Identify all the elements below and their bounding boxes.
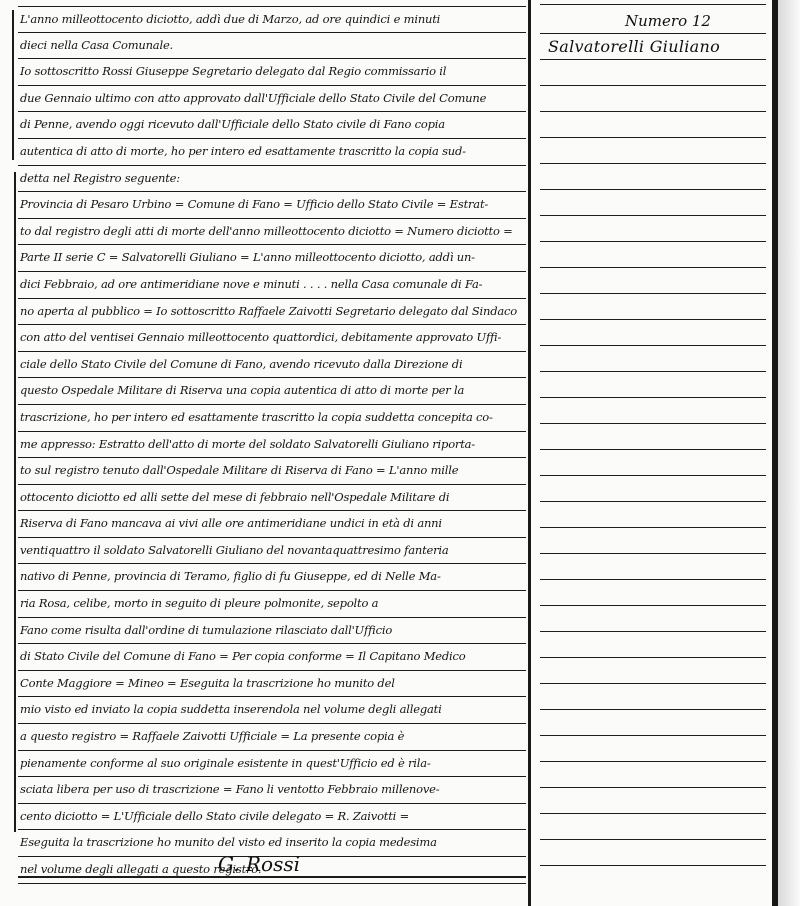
record-line: Parte II serie C = Salvatorelli Giuliano… <box>18 245 526 272</box>
record-line: trascrizione, ho per intero ed esattamen… <box>18 405 526 432</box>
margin-ruled-line <box>540 580 766 606</box>
record-line: di Stato Civile del Comune di Fano = Per… <box>18 644 526 671</box>
record-line: ria Rosa, celibe, morto in seguito di pl… <box>18 591 526 618</box>
margin-ruled-line <box>540 372 766 398</box>
record-line: ventiquattro il soldato Salvatorelli Giu… <box>18 538 526 565</box>
record-line: con atto del ventisei Gennaio milleottoc… <box>18 325 526 352</box>
record-line: to dal registro degli atti di morte dell… <box>18 219 526 246</box>
margin-ruled-line <box>540 788 766 814</box>
margin-ruled-line <box>540 60 766 86</box>
record-line: di Penne, avendo oggi ricevuto dall'Uffi… <box>18 112 526 139</box>
margin-ruled-line <box>540 112 766 138</box>
column-divider-rule <box>528 0 531 906</box>
margin-ruled-line <box>540 840 766 866</box>
record-number: Numero 12 <box>540 8 766 34</box>
margin-ruled-line <box>540 190 766 216</box>
record-body: L'anno milleottocento diciotto, addì due… <box>18 6 526 884</box>
margin-ruled-line <box>540 320 766 346</box>
record-line: dici Febbraio, ad ore antimeridiane nove… <box>18 272 526 299</box>
record-line: mio visto ed inviato la copia suddetta i… <box>18 697 526 724</box>
margin-ruled-line <box>540 528 766 554</box>
margin-ruled-line <box>540 346 766 372</box>
margin-ruled-line <box>540 476 766 502</box>
margin-ruled-line <box>540 736 766 762</box>
record-line: to sul registro tenuto dall'Ospedale Mil… <box>18 458 526 485</box>
margin-ruled-line <box>540 216 766 242</box>
record-line: due Gennaio ultimo con atto approvato da… <box>18 86 526 113</box>
margin-ruled-line <box>540 814 766 840</box>
record-line: dieci nella Casa Comunale. <box>18 33 526 60</box>
margin-ruled-line <box>540 164 766 190</box>
page-edge-shadow <box>778 0 800 906</box>
record-line: Io sottoscritto Rossi Giuseppe Segretari… <box>18 59 526 86</box>
margin-ruled-line <box>540 658 766 684</box>
record-line: questo Ospedale Militare di Riserva una … <box>18 378 526 405</box>
margin-column: Numero 12 Salvatorelli Giuliano <box>540 4 766 866</box>
record-line: no aperta al pubblico = Io sottoscritto … <box>18 299 526 326</box>
record-line: L'anno milleottocento diciotto, addì due… <box>18 6 526 33</box>
margin-ruled-line <box>540 502 766 528</box>
margin-ruled-line <box>540 86 766 112</box>
register-page: L'anno milleottocento diciotto, addì due… <box>0 0 800 906</box>
record-line: me appresso: Estratto dell'atto di morte… <box>18 432 526 459</box>
record-line: pienamente conforme al suo originale esi… <box>18 751 526 778</box>
record-line: Provincia di Pesaro Urbino = Comune di F… <box>18 192 526 219</box>
margin-ruled-line <box>540 398 766 424</box>
record-line: ciale dello Stato Civile del Comune di F… <box>18 352 526 379</box>
margin-ruled-line <box>540 606 766 632</box>
record-line: Fano come risulta dall'ordine di tumulaz… <box>18 618 526 645</box>
margin-ruled-line <box>540 554 766 580</box>
record-line: Riserva di Fano mancava ai vivi alle ore… <box>18 511 526 538</box>
record-line: detta nel Registro seguente: <box>18 166 526 193</box>
margin-ruled-line <box>540 710 766 736</box>
margin-ruled-line <box>540 242 766 268</box>
margin-ruled-line <box>540 762 766 788</box>
left-margin-rule-bottom <box>14 172 16 832</box>
left-margin-rule-top <box>12 10 14 160</box>
margin-ruled-line <box>540 450 766 476</box>
margin-ruled-line <box>540 632 766 658</box>
registrar-signature: G. Rossi <box>218 852 300 876</box>
margin-ruled-line <box>540 294 766 320</box>
signature-rule <box>18 876 526 878</box>
margin-ruled-line <box>540 268 766 294</box>
record-line: nativo di Penne, provincia di Teramo, fi… <box>18 564 526 591</box>
margin-ruled-line <box>540 424 766 450</box>
record-line: Conte Maggiore = Mineo = Eseguita la tra… <box>18 671 526 698</box>
record-line: ottocento diciotto ed alli sette del mes… <box>18 485 526 512</box>
record-line: cento diciotto = L'Ufficiale dello Stato… <box>18 804 526 831</box>
record-line: autentica di atto di morte, ho per inter… <box>18 139 526 166</box>
record-line: sciata libera per uso di trascrizione = … <box>18 777 526 804</box>
margin-ruled-line <box>540 684 766 710</box>
subject-name: Salvatorelli Giuliano <box>540 34 766 60</box>
margin-ruled-line <box>540 138 766 164</box>
record-line: a questo registro = Raffaele Zaivotti Uf… <box>18 724 526 751</box>
